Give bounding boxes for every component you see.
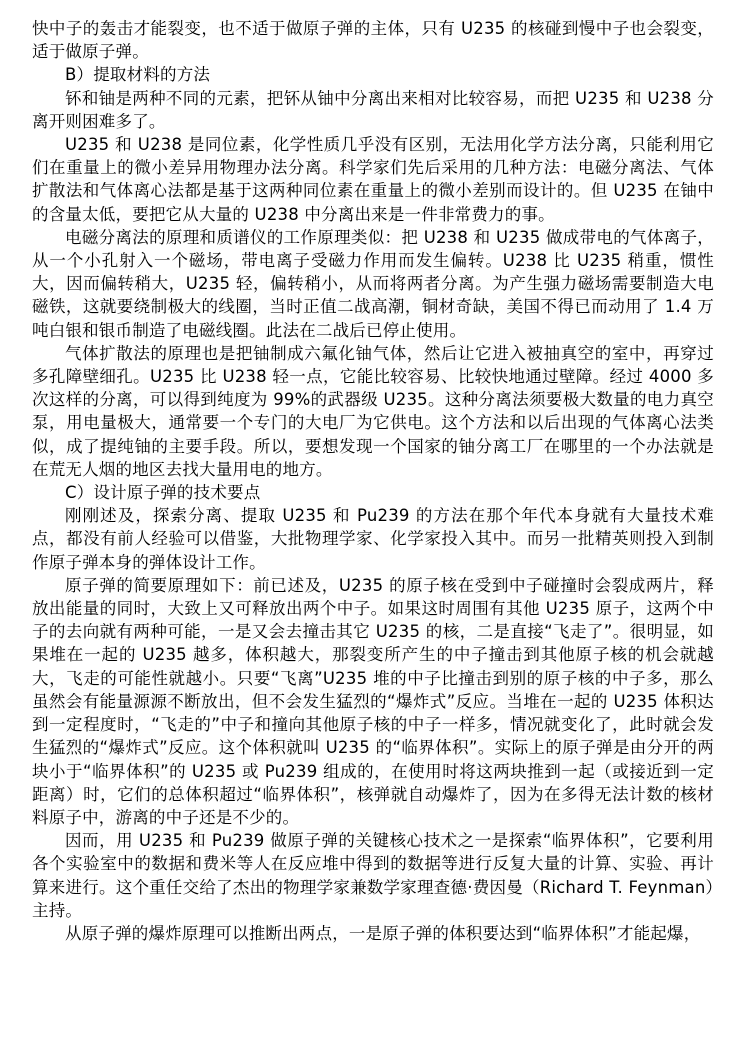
document-body: 快中子的轰击才能裂变，也不适于做原子弹的主体，只有 U235 的核碰到慢中子也会… — [32, 17, 714, 945]
paragraph: 原子弹的简要原理如下：前已述及，U235 的原子核在受到中子碰撞时会裂成两片，释… — [32, 574, 714, 829]
paragraph: 钚和铀是两种不同的元素，把钚从铀中分离出来相对比较容易，而把 U235 和 U2… — [32, 87, 714, 133]
paragraph: C）设计原子弹的技术要点 — [32, 481, 714, 504]
paragraph: B）提取材料的方法 — [32, 63, 714, 86]
paragraph: 气体扩散法的原理也是把铀制成六氟化铀气体，然后让它进入被抽真空的室中，再穿过多孔… — [32, 342, 714, 481]
paragraph: 快中子的轰击才能裂变，也不适于做原子弹的主体，只有 U235 的核碰到慢中子也会… — [32, 17, 714, 63]
paragraph: 因而，用 U235 和 Pu239 做原子弹的关键核心技术之一是探索“临界体积”… — [32, 829, 714, 922]
paragraph: 刚刚述及，探索分离、提取 U235 和 Pu239 的方法在那个年代本身就有大量… — [32, 504, 714, 574]
document-page: 快中子的轰击才能裂变，也不适于做原子弹的主体，只有 U235 的核碰到慢中子也会… — [0, 0, 745, 1053]
paragraph: U235 和 U238 是同位素，化学性质几乎没有区别，无法用化学方法分离，只能… — [32, 133, 714, 226]
paragraph: 电磁分离法的原理和质谱仪的工作原理类似：把 U238 和 U235 做成带电的气… — [32, 226, 714, 342]
paragraph: 从原子弹的爆炸原理可以推断出两点，一是原子弹的体积要达到“临界体积”才能起爆， — [32, 922, 714, 945]
